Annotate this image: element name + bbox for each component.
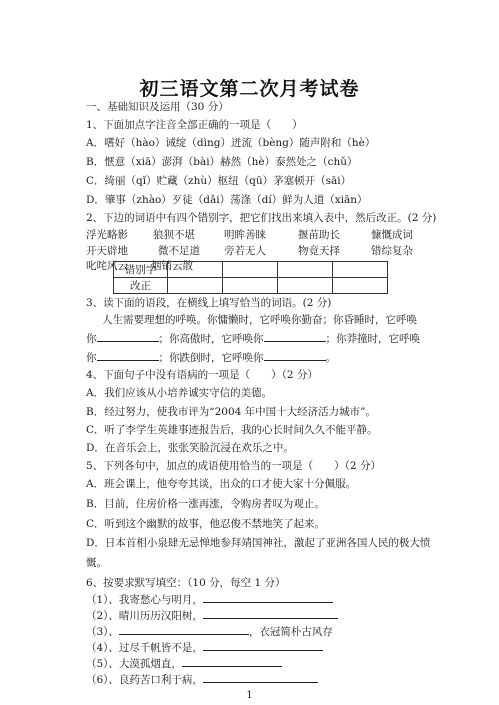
text: （6）、良药苦口利于病， xyxy=(86,674,203,686)
answer-cell[interactable] xyxy=(168,262,223,278)
answer-cell[interactable] xyxy=(278,262,333,278)
answer-cell[interactable] xyxy=(333,262,388,278)
question-4-option-b: B．经过努力，使我市评为“2004 年中国十大经济活力城市”。 xyxy=(86,405,376,419)
question-4-option-c: C．听了李学生英雄事迹报告后，我的心长时间久久不能平静。 xyxy=(86,423,378,437)
fill-blank[interactable] xyxy=(182,656,282,667)
table-header: 改正 xyxy=(114,278,168,294)
table-header: 错别字 xyxy=(114,262,168,278)
page-title: 初三语文第二次月考试卷 xyxy=(0,74,499,101)
word: 慷慨成词 xyxy=(371,227,413,242)
word: 物竟天择 xyxy=(298,243,340,258)
fill-blank[interactable] xyxy=(203,592,333,603)
question-4-option-a: A．我们应该从小培养诚实守信的美德。 xyxy=(86,386,272,400)
question-5-option-c: C．听到这个幽默的故事，他忍俊不禁地笑了起来。 xyxy=(86,517,325,531)
answer-cell[interactable] xyxy=(223,278,278,294)
word: 狼狈不堪 xyxy=(153,227,195,242)
section-heading: 一、基础知识及运用（30 分） xyxy=(86,100,229,114)
question-3-passage-line-3: 你；你跌倒时，它呼唤你。 xyxy=(86,350,336,365)
word: 揠苗助长 xyxy=(298,227,340,242)
question-3-stem: 3、读下面的语段，在横线上填写恰当的词语。(2 分) xyxy=(86,296,331,310)
exam-page: 初三语文第二次月考试卷 一、基础知识及运用（30 分） 1、下面加点字注音全部正… xyxy=(0,0,499,705)
text: 你 xyxy=(86,333,97,345)
text: （5）、大漠孤烟直， xyxy=(86,658,182,670)
text: ，衣冠简朴古风存 xyxy=(249,626,333,638)
question-1-option-c: C．绮丽（qǐ）贮藏（zhù）枢纽（qū）茅塞顿开（sāi） xyxy=(86,174,351,188)
table-row: 错别字 xyxy=(114,262,388,278)
question-1-stem: 1、下面加点字注音全部正确的一项是（ ） xyxy=(86,118,303,132)
page-number: 1 xyxy=(0,690,499,701)
text: ；你跌倒时，它呼唤你 xyxy=(159,352,264,364)
answer-cell[interactable] xyxy=(278,278,333,294)
question-5-option-b: B．目前，住房价格一涨再涨，令购房者叹为观止。 xyxy=(86,497,325,511)
correction-table: 错别字 改正 xyxy=(113,261,388,294)
text: 你 xyxy=(86,352,97,364)
fill-blank[interactable] xyxy=(203,672,318,683)
text: （4）、过尽千帆皆不是， xyxy=(86,642,203,654)
text: （1）、我寄愁心与明月， xyxy=(86,594,203,606)
fill-blank[interactable] xyxy=(203,640,323,651)
question-6-item-1: （1）、我寄愁心与明月， xyxy=(86,592,333,607)
text: ；你莽撞时，它呼唤 xyxy=(326,333,421,345)
question-5-option-a: A．班会课上，他夸夸其谈，出众的口才使大家十分佩服。 xyxy=(86,477,356,491)
text: （2）、晴川历历汉阳树， xyxy=(86,610,203,622)
fill-blank[interactable] xyxy=(119,624,249,635)
word: 开天辟地 xyxy=(86,243,128,258)
answer-cell[interactable] xyxy=(333,278,388,294)
question-1-option-a: A．嗜好（hào）诫绽（dìng）迸流（bèng）随声附和（hè） xyxy=(86,136,375,150)
question-5-option-d: D．日本首相小泉肆无忌惮地参拜靖国神社，激起了亚洲各国人民的极大愤 xyxy=(86,536,430,550)
question-2-stem: 2、下边的词语中有四个错别字，把它们找出来填入表中，然后改正。(2 分) xyxy=(86,211,436,225)
word: 明眸善睐 xyxy=(224,227,266,242)
text: 。 xyxy=(326,352,337,364)
question-4-stem: 4、下面句子中没有语病的一项是（ ）（2 分） xyxy=(86,368,318,382)
question-4-option-d: D．在音乐会上，张张笑脸沉浸在欢乐之中。 xyxy=(86,441,294,455)
fill-blank[interactable] xyxy=(203,608,338,619)
table-row: 改正 xyxy=(114,278,388,294)
word: 浮光略影 xyxy=(86,227,128,242)
question-3-passage-line-1: 人生需要理想的呼唤。你慵懒时，它呼唤你勤奋；你昏睡时，它呼唤 xyxy=(102,313,417,327)
question-1-option-b: B．惬意（xiā）澎湃（bài）赫然（hè）泰然处之（chǔ） xyxy=(86,155,357,169)
question-3-passage-line-2: 你；你高傲时，它呼唤你；你莽撞时，它呼唤 xyxy=(86,331,420,346)
question-6-item-2: （2）、晴川历历汉阳树， xyxy=(86,608,338,623)
word: 错综复杂 xyxy=(371,243,413,258)
fill-blank[interactable] xyxy=(97,350,159,361)
question-6-item-5: （5）、大漠孤烟直， xyxy=(86,656,282,671)
word: 旁若无人 xyxy=(224,243,266,258)
answer-cell[interactable] xyxy=(168,278,223,294)
question-6-item-4: （4）、过尽千帆皆不是， xyxy=(86,640,323,655)
fill-blank[interactable] xyxy=(264,350,326,361)
question-5-option-d-cont: 慨。 xyxy=(86,556,107,570)
question-6-item-3: （3）、，衣冠简朴古风存 xyxy=(86,624,333,639)
fill-blank[interactable] xyxy=(97,331,159,342)
answer-cell[interactable] xyxy=(223,262,278,278)
question-6-stem: 6、按要求默写填空：（10 分，每空 1 分） xyxy=(86,576,285,590)
question-1-option-d: D．肇事（zhào）歹徒（dǎi）荡涤（dí）鲜为人道（xiān） xyxy=(86,193,368,207)
question-5-stem: 5、下列各句中，加点的成语使用恰当的一项是（ ）（2 分） xyxy=(86,459,381,473)
text: （3）、 xyxy=(86,626,119,638)
question-6-item-6: （6）、良药苦口利于病， xyxy=(86,672,318,687)
word: 微不足道 xyxy=(158,243,200,258)
fill-blank[interactable] xyxy=(264,331,326,342)
text: ；你高傲时，它呼唤你 xyxy=(159,333,264,345)
